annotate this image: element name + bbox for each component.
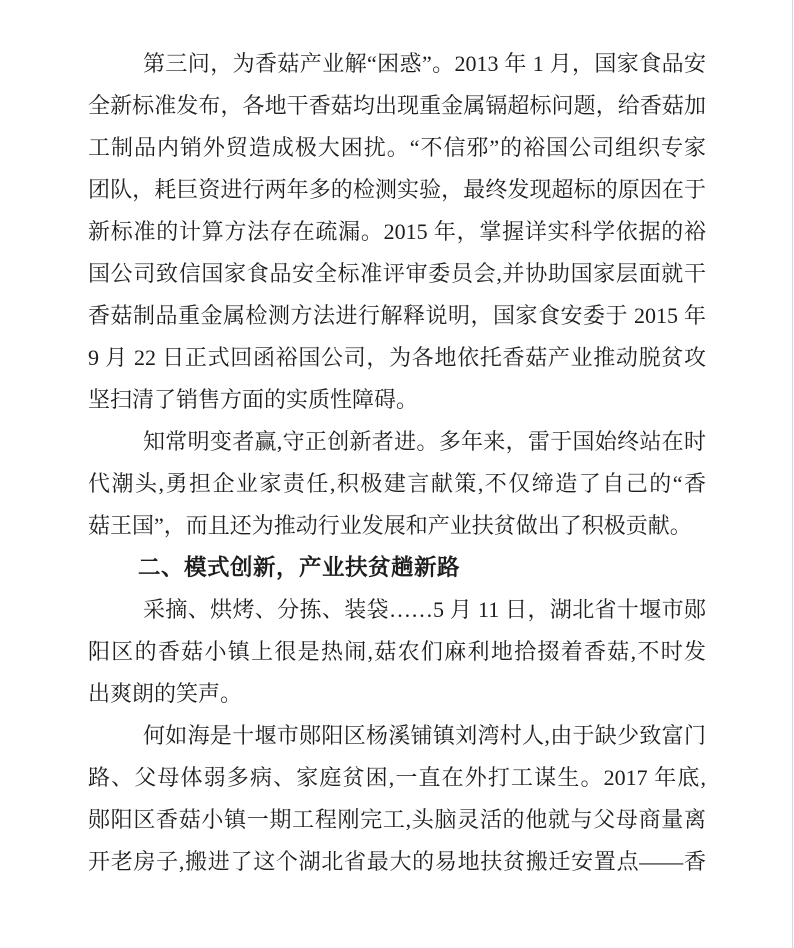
text-line: 阳区的香菇小镇上很是热闹,菇农们麻利地拾掇着香菇,不时发 — [88, 631, 706, 673]
text-line: 采摘、烘烤、分拣、装袋……5 月 11 日，湖北省十堰市郧 — [88, 589, 706, 631]
text-line: 何如海是十堰市郧阳区杨溪铺镇刘湾村人,由于缺少致富门 — [88, 715, 706, 757]
body-paragraph: 第三问，为香菇产业解“困惑”。2013 年 1 月，国家食品安全新标准发布，各地… — [88, 43, 706, 421]
text-line: 香菇制品重金属检测方法进行解释说明，国家食安委于 2015 年 — [88, 295, 706, 337]
text-line: 郧阳区香菇小镇一期工程刚完工,头脑灵活的他就与父母商量离 — [88, 799, 706, 841]
text-line: 菇王国”，而且还为推动行业发展和产业扶贫做出了积极贡献。 — [88, 505, 706, 547]
body-paragraph: 何如海是十堰市郧阳区杨溪铺镇刘湾村人,由于缺少致富门路、父母体弱多病、家庭贫困,… — [88, 715, 706, 883]
document-content: 第三问，为香菇产业解“困惑”。2013 年 1 月，国家食品安全新标准发布，各地… — [88, 43, 706, 883]
text-line: 新标准的计算方法存在疏漏。2015 年，掌握详实科学依据的裕 — [88, 211, 706, 253]
text-line: 代潮头,勇担企业家责任,积极建言献策,不仅缔造了自己的“香 — [88, 463, 706, 505]
document-page: 第三问，为香菇产业解“困惑”。2013 年 1 月，国家食品安全新标准发布，各地… — [0, 0, 794, 948]
heading-text-line: 二、模式创新，产业扶贫趟新路 — [88, 547, 706, 589]
text-line: 全新标准发布，各地干香菇均出现重金属镉超标问题，给香菇加 — [88, 85, 706, 127]
body-paragraph: 采摘、烘烤、分拣、装袋……5 月 11 日，湖北省十堰市郧阳区的香菇小镇上很是热… — [88, 589, 706, 715]
text-line: 工制品内销外贸造成极大困扰。“不信邪”的裕国公司组织专家 — [88, 127, 706, 169]
text-line: 开老房子,搬进了这个湖北省最大的易地扶贫搬迁安置点——香 — [88, 841, 706, 883]
text-line: 9 月 22 日正式回函裕国公司，为各地依托香菇产业推动脱贫攻 — [88, 337, 706, 379]
page-right-edge-line — [792, 0, 793, 948]
body-paragraph: 知常明变者赢,守正创新者进。多年来，雷于国始终站在时代潮头,勇担企业家责任,积极… — [88, 421, 706, 547]
text-line: 国公司致信国家食品安全标准评审委员会,并协助国家层面就干 — [88, 253, 706, 295]
text-line: 路、父母体弱多病、家庭贫困,一直在外打工谋生。2017 年底, — [88, 757, 706, 799]
text-line: 第三问，为香菇产业解“困惑”。2013 年 1 月，国家食品安 — [88, 43, 706, 85]
text-line: 出爽朗的笑声。 — [88, 673, 706, 715]
section-heading: 二、模式创新，产业扶贫趟新路 — [88, 547, 706, 589]
text-line: 知常明变者赢,守正创新者进。多年来，雷于国始终站在时 — [88, 421, 706, 463]
text-line: 团队，耗巨资进行两年多的检测实验，最终发现超标的原因在于 — [88, 169, 706, 211]
text-line: 坚扫清了销售方面的实质性障碍。 — [88, 379, 706, 421]
